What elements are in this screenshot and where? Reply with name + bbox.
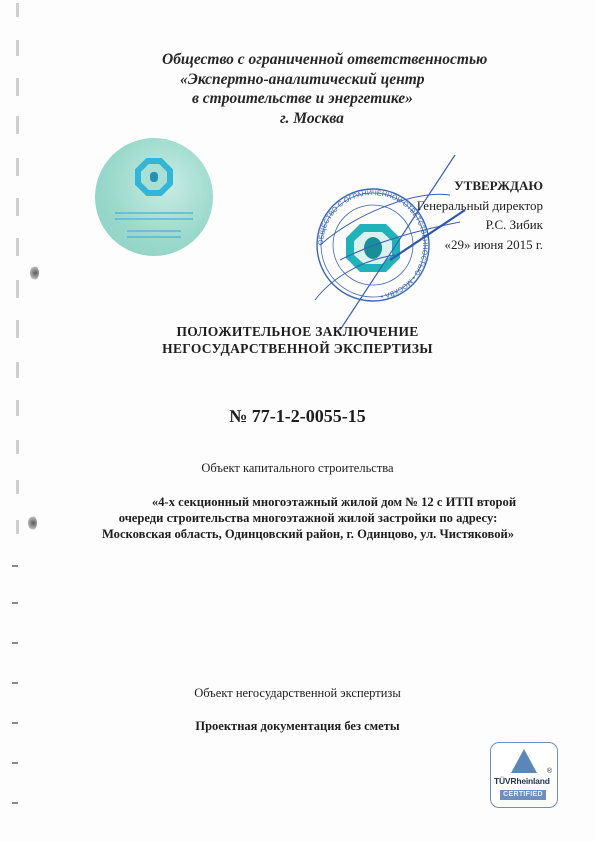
registered-mark: ® <box>547 768 552 775</box>
octagon-emblem-icon <box>135 158 173 196</box>
binding-tick <box>12 762 18 764</box>
binding-tick <box>12 802 18 804</box>
punch-hole <box>30 266 39 280</box>
org-line-2: «Экспертно-аналитический центр <box>150 70 540 90</box>
punch-hole <box>28 516 37 530</box>
binding-mark <box>16 3 19 17</box>
approver-name: Р.С. Зибик <box>417 215 543 235</box>
object-name-line: «4-х секционный многоэтажный жилой дом №… <box>78 494 538 510</box>
expertise-caption: Объект негосударственной экспертизы <box>0 686 595 701</box>
binding-tick <box>12 565 18 567</box>
approval-date: «29» июня 2015 г. <box>417 235 543 255</box>
tuv-brand: TÜVRheinland <box>494 776 550 786</box>
approver-position: Генеральный директор <box>417 196 543 216</box>
title-line-2: НЕГОСУДАРСТВЕННОЙ ЭКСПЕРТИЗЫ <box>0 340 595 357</box>
binding-tick <box>12 682 18 684</box>
org-city: г. Москва <box>150 109 540 129</box>
expertise-object: Проектная документация без сметы <box>0 719 595 734</box>
binding-mark <box>16 116 19 134</box>
binding-mark <box>16 362 19 378</box>
eagle-emblem-icon <box>150 172 158 182</box>
object-name: «4-х секционный многоэтажный жилой дом №… <box>78 494 538 542</box>
organization-header: Общество с ограниченной ответственностью… <box>150 50 540 128</box>
hologram-text-line <box>127 230 181 232</box>
document-title: ПОЛОЖИТЕЛЬНОЕ ЗАКЛЮЧЕНИЕ НЕГОСУДАРСТВЕНН… <box>0 323 595 357</box>
binding-mark <box>16 280 19 298</box>
binding-tick <box>12 642 18 644</box>
binding-mark <box>16 198 19 216</box>
hologram-text-line <box>115 212 193 214</box>
binding-tick <box>12 602 18 604</box>
binding-mark <box>16 40 19 56</box>
object-name-line: очереди строительства многоэтажной жилой… <box>78 510 538 526</box>
tuv-certified-badge: ® TÜVRheinland CERTIFIED <box>490 742 558 808</box>
object-caption: Объект капитального строительства <box>0 461 595 476</box>
title-line-1: ПОЛОЖИТЕЛЬНОЕ ЗАКЛЮЧЕНИЕ <box>0 323 595 340</box>
approval-block: УТВЕРЖДАЮ Генеральный директор Р.С. Зиби… <box>417 176 543 254</box>
object-name-line: Московская область, Одинцовский район, г… <box>78 526 538 542</box>
approval-heading: УТВЕРЖДАЮ <box>417 176 543 196</box>
binding-mark <box>16 440 19 454</box>
binding-mark <box>16 158 19 176</box>
org-line-1: Общество с ограниченной ответственностью <box>150 50 540 70</box>
hologram-sticker <box>95 138 213 256</box>
tuv-triangle-icon <box>511 749 537 773</box>
binding-mark <box>16 238 19 256</box>
binding-mark <box>16 520 19 534</box>
org-line-3: в строительстве и энергетике» <box>150 89 540 109</box>
document-number: № 77-1-2-0055-15 <box>0 406 595 427</box>
hologram-text-line <box>127 236 181 238</box>
binding-mark <box>16 78 19 96</box>
hologram-text-line <box>115 218 193 220</box>
binding-mark <box>16 480 19 494</box>
certified-label: CERTIFIED <box>500 790 546 800</box>
